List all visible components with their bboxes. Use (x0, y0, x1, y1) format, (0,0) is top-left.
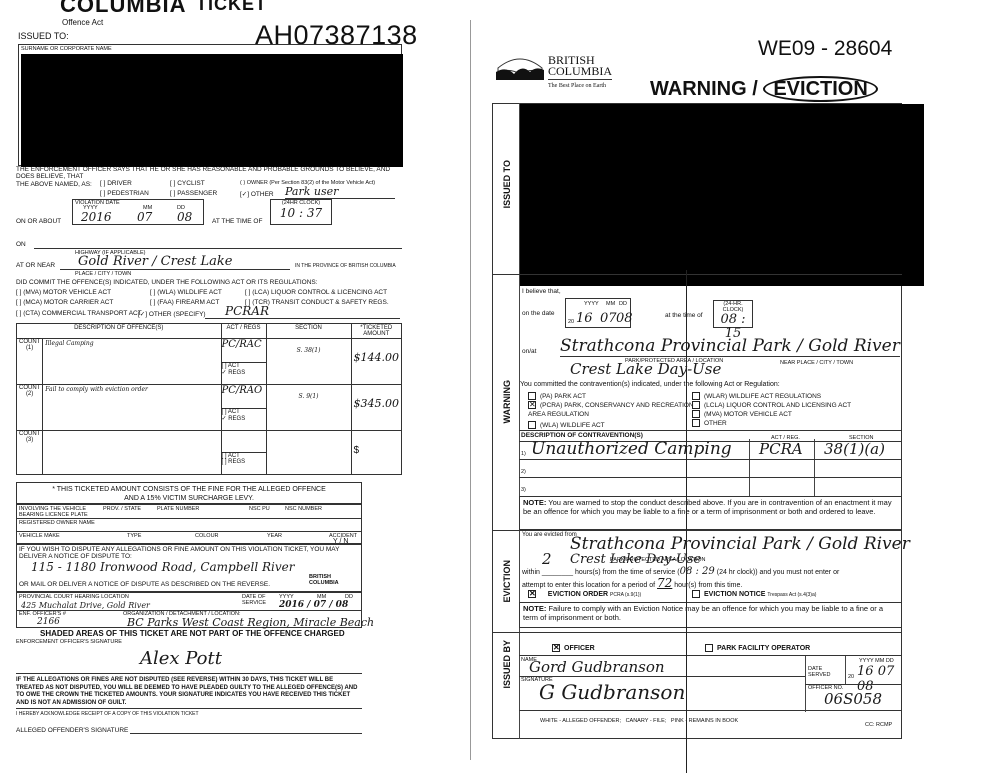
offence-amount[interactable]: $144.00 (351, 339, 402, 385)
cc-footer: CC: RCMP (865, 722, 892, 728)
officer-name: Gord Gudbranson (529, 658, 665, 676)
eviction-order-checkbox[interactable]: ✕ EVICTION ORDER PCRA (s.9(1)) (528, 590, 641, 598)
vehicle-section: INVOLVING THE VEHICLE BEARING LICENCE PL… (16, 504, 362, 544)
act-wla[interactable]: (WLA) WILDLIFE ACT (528, 421, 703, 430)
near-label: NEAR PLACE / CITY / TOWN (780, 360, 853, 366)
role-driver[interactable]: [ ] DRIVER (100, 180, 132, 187)
warning-time-box[interactable]: (24-HR. CLOCK) 08 : 15 (713, 300, 753, 328)
dispute-address: 115 - 1180 Ironwood Road, Campbell River (31, 560, 294, 574)
act-wla[interactable]: [ ] (WLA) WILDLIFE ACT (150, 289, 222, 296)
location-line2[interactable]: Crest Lake Day-Use (570, 360, 721, 378)
redacted-block (21, 54, 403, 167)
shaded-note: SHADED AREAS OF THIS TICKET ARE NOT PART… (40, 629, 345, 638)
grounds-text: THE ENFORCEMENT OFFICER SAYS THAT HE OR … (16, 166, 406, 180)
date-year: 2016 (81, 210, 112, 224)
time-label: AT THE TIME OF (212, 218, 262, 225)
table-row (519, 459, 902, 460)
offence-section[interactable]: S. 9(1) (266, 385, 351, 431)
ticket-title: TICKET (196, 0, 267, 15)
offence-act-label: Offence Act (62, 18, 103, 27)
act-wlar[interactable]: (WLAR) WILDLIFE ACT REGULATIONS (692, 392, 892, 401)
service-date: 2016 / 07 / 08 (279, 600, 348, 610)
act-mva[interactable]: (MVA) MOTOR VEHICLE ACT (692, 410, 892, 419)
officer-signature: Alex Pott (140, 648, 222, 669)
contravention-section[interactable]: 38(1)(a) (824, 440, 885, 458)
at-or-near-label: AT OR NEAR (16, 262, 55, 269)
on-date-label: on the date (522, 310, 555, 317)
officer-number[interactable]: 06S058 (824, 690, 882, 708)
role-other[interactable]: [✓] OTHER (240, 190, 274, 198)
warning-note: NOTE: You are warned to stop the conduct… (519, 496, 902, 530)
act-pcra[interactable]: ✕(PCRA) PARK, CONSERVANCY AND RECREATION… (528, 401, 703, 419)
section-issued-to: ISSUED TO (502, 160, 512, 208)
form-title: WARNING / EVICTION (650, 78, 878, 101)
dispute-section: IF YOU WISH TO DISPUTE ANY ALLEGATIONS O… (16, 544, 362, 592)
contravention-table: DESCRIPTION OF CONTRAVENTION(S) ACT / RE… (519, 430, 902, 496)
acts-left: (PA) PARK ACT ✕(PCRA) PARK, CONSERVANCY … (528, 392, 703, 430)
committed-text: You committed the contravention(s) indic… (520, 381, 780, 388)
surname-label: SURNAME OR CORPORATE NAME (19, 45, 401, 53)
believe-text: I believe that, (522, 288, 561, 295)
copies-footer: WHITE - ALLEGED OFFENDER; CANARY - FILE;… (540, 718, 738, 724)
offence-table: DESCRIPTION OF OFFENCE(S) ACT / REGS SEC… (16, 323, 402, 475)
act-other[interactable]: [✓] OTHER (SPECIFY) (138, 310, 206, 318)
did-commit-text: DID COMMIT THE OFFENCE(S) INDICATED, UND… (16, 279, 318, 286)
role-passenger[interactable]: [ ] PASSENGER (170, 190, 217, 197)
act-lca[interactable]: [ ] (LCA) LIQUOR CONTROL & LICENCING ACT (245, 289, 387, 296)
warning-time-label: at the time of (665, 312, 703, 319)
role-cyclist[interactable]: [ ] CYCLIST (170, 180, 205, 187)
ticket-brand: COLUMBIA (60, 0, 187, 18)
offender-signature-field[interactable] (130, 733, 362, 734)
date-day: 08 (177, 210, 192, 224)
organization-value: BC Parks West Coast Region, Miracle Beac… (127, 616, 374, 629)
contravention-act[interactable]: PCRA (759, 440, 803, 458)
section-issued-by: ISSUED BY (502, 640, 512, 689)
offender-signature-label: ALLEGED OFFENDER'S SIGNATURE (16, 727, 128, 734)
time-box[interactable]: (24hr Clock) 10 : 37 (270, 199, 332, 225)
act-pa[interactable]: (PA) PARK ACT (528, 392, 703, 401)
violation-ticket: COLUMBIA TICKET Offence Act ISSUED TO: A… (0, 0, 420, 773)
table-row: COUNT (3) [ ] ACT[ ] REGS $ (17, 431, 402, 475)
act-other[interactable]: OTHER (692, 419, 892, 428)
province-text: IN THE PROVINCE OF BRITISH COLUMBIA (295, 263, 396, 269)
eviction-circled: EVICTION (763, 76, 877, 102)
acts-right: (WLAR) WILDLIFE ACT REGULATIONS (LCLA) L… (692, 392, 892, 428)
col-description: DESCRIPTION OF OFFENCE(S) (17, 324, 222, 339)
issued-by-grid: NAME Gord Gudbranson SIGNATURE G Gudbran… (519, 655, 902, 711)
offence-amount[interactable]: $345.00 (351, 385, 402, 431)
table-row: COUNT (2) Fail to comply with eviction o… (17, 385, 402, 431)
officer-signature: G Gudbranson (539, 680, 685, 704)
other-role-value[interactable]: Park user (285, 185, 395, 199)
surcharge-note: * THIS TICKETED AMOUNT CONSISTS OF THE F… (16, 482, 362, 504)
issued-to-label: ISSUED TO: (18, 31, 69, 41)
on-at-label: on/at (522, 348, 536, 355)
act-cta[interactable]: [ ] (CTA) COMMERCIAL TRANSPORT ACT (16, 310, 142, 317)
table-row: COUNT (1) Illegal Camping PC/RAC[ ] ACT✓… (17, 339, 402, 385)
operator-checkbox[interactable]: PARK FACILITY OPERATOR (705, 644, 810, 652)
violation-date-box[interactable]: VIOLATION DATE YYYY MM DD 2016 07 08 (72, 199, 204, 225)
form-number: WE09 - 28604 (758, 37, 892, 61)
evicted-location[interactable]: Strathcona Provincial Park / Gold River (570, 534, 910, 554)
on-label: ON (16, 241, 26, 248)
officer-checkbox[interactable]: ✕OFFICER (552, 644, 595, 652)
role-pedestrian[interactable]: [ ] PEDESTRIAN (100, 190, 149, 197)
time-value: 10 : 37 (271, 206, 331, 220)
evicted-label: You are evicted from (522, 532, 577, 538)
col-amount: *TICKETED AMOUNT (351, 324, 402, 339)
act-lcla[interactable]: (LCLA) LIQUOR CONTROL AND LICENSING ACT (692, 401, 892, 410)
offence-description[interactable]: Fail to comply with eviction order (43, 385, 221, 431)
col-act: ACT / REGS (221, 324, 266, 339)
not-disputed-text: IF THE ALLEGATIONS OR FINES ARE NOT DISP… (16, 677, 362, 707)
redacted-block (520, 104, 924, 286)
section-eviction: EVICTION (502, 560, 512, 603)
location-value[interactable]: Strathcona Provincial Park / Gold River (560, 336, 900, 357)
bc-logo-icon (496, 48, 544, 89)
court-section: PROVINCIAL COURT HEARING LOCATION 425 Mu… (16, 592, 362, 628)
act-mca[interactable]: [ ] (MCA) MOTOR CARRIER ACT (16, 299, 113, 306)
bc-logo-text: BRITISH COLUMBIA The Best Place on Earth (548, 55, 612, 92)
above-named-label: THE ABOVE NAMED, AS: (16, 181, 92, 188)
highway-field[interactable] (34, 248, 402, 249)
offence-section[interactable] (266, 431, 351, 475)
officer-number: 2166 (37, 617, 60, 627)
other-act-value[interactable]: PCRAR (205, 304, 400, 319)
offence-description[interactable]: Illegal Camping (43, 339, 221, 385)
officer-signature-label: ENFORCEMENT OFFICER'S SIGNATURE (16, 639, 122, 645)
act-mva[interactable]: [ ] (MVA) MOTOR VEHICLE ACT (16, 289, 111, 296)
acknowledge-text: I HEREBY ACKNOWLEDGE RECEIPT OF A COPY O… (16, 711, 199, 717)
on-or-about-label: ON OR ABOUT (16, 218, 61, 225)
date-month: 07 (137, 210, 152, 224)
eviction-period-line: attempt to enter this location for a per… (522, 576, 742, 590)
offence-description[interactable] (43, 431, 221, 475)
warning-eviction-form: BRITISH COLUMBIA The Best Place on Earth… (480, 0, 1000, 773)
period-value[interactable]: 72 (657, 576, 672, 590)
fold-line (686, 270, 687, 773)
warning-date-box[interactable]: YYYY MM DD 20 16 07 08 (565, 298, 631, 328)
col-section: SECTION (266, 324, 351, 339)
court-value: 425 Muchalat Drive, Gold River (21, 601, 150, 610)
eviction-notice-checkbox[interactable]: EVICTION NOTICE Trespass Act (s.4(3)a) (692, 590, 816, 598)
offence-section[interactable]: S. 38(1) (266, 339, 351, 385)
eviction-note: NOTE: Failure to comply with an Eviction… (519, 602, 902, 628)
offence-amount[interactable]: $ (351, 431, 402, 475)
place-value[interactable]: Gold River / Crest Lake (60, 254, 290, 270)
section-warning: WARNING (502, 380, 512, 424)
contravention-description[interactable]: Unauthorized Camping (531, 439, 732, 459)
place-label: PLACE / CITY / TOWN (75, 271, 131, 277)
page-divider (470, 20, 471, 760)
surname-field: SURNAME OR CORPORATE NAME (18, 44, 402, 166)
